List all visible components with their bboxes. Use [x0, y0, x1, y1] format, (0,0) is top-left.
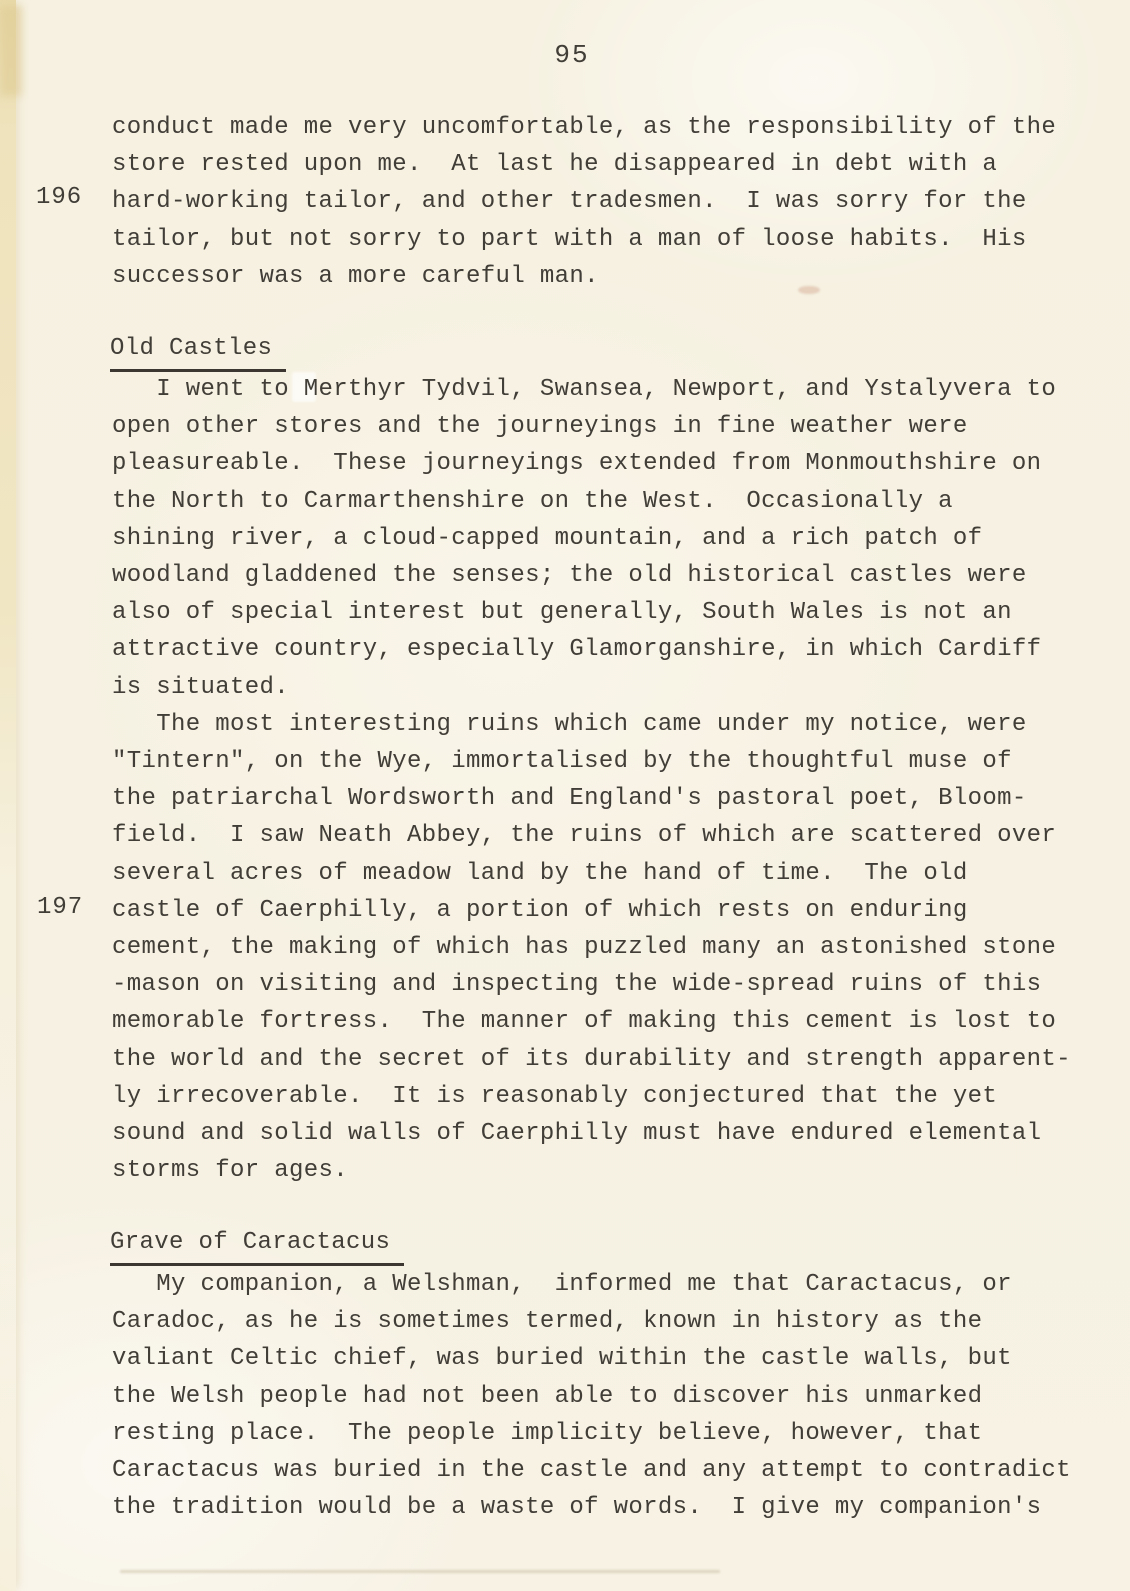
page-left-edge-shading — [0, 0, 16, 1591]
margin-number-197: 197 — [37, 894, 83, 921]
document-page: 95 196 197 conduct made me very uncomfor… — [0, 0, 1130, 1591]
bottom-scan-artifact — [120, 1570, 720, 1573]
ink-smudge-mark — [798, 286, 820, 294]
section-body-old-castles: I went to Merthyr Tydvil, Swansea, Newpo… — [112, 371, 1071, 1189]
intro-paragraph: conduct made me very uncomfortable, as t… — [112, 109, 1056, 295]
section-heading-grave-of-caractacus: Grave of Caractacus — [110, 1224, 404, 1266]
section-heading-old-castles-text: Old Castles — [110, 330, 286, 372]
page-number: 95 — [0, 40, 1130, 70]
section-heading-old-castles: Old Castles — [110, 330, 286, 372]
margin-number-196: 196 — [36, 184, 82, 211]
section-body-grave-of-caractacus: My companion, a Welshman, informed me th… — [112, 1266, 1071, 1526]
section-heading-grave-of-caractacus-text: Grave of Caractacus — [110, 1224, 404, 1266]
